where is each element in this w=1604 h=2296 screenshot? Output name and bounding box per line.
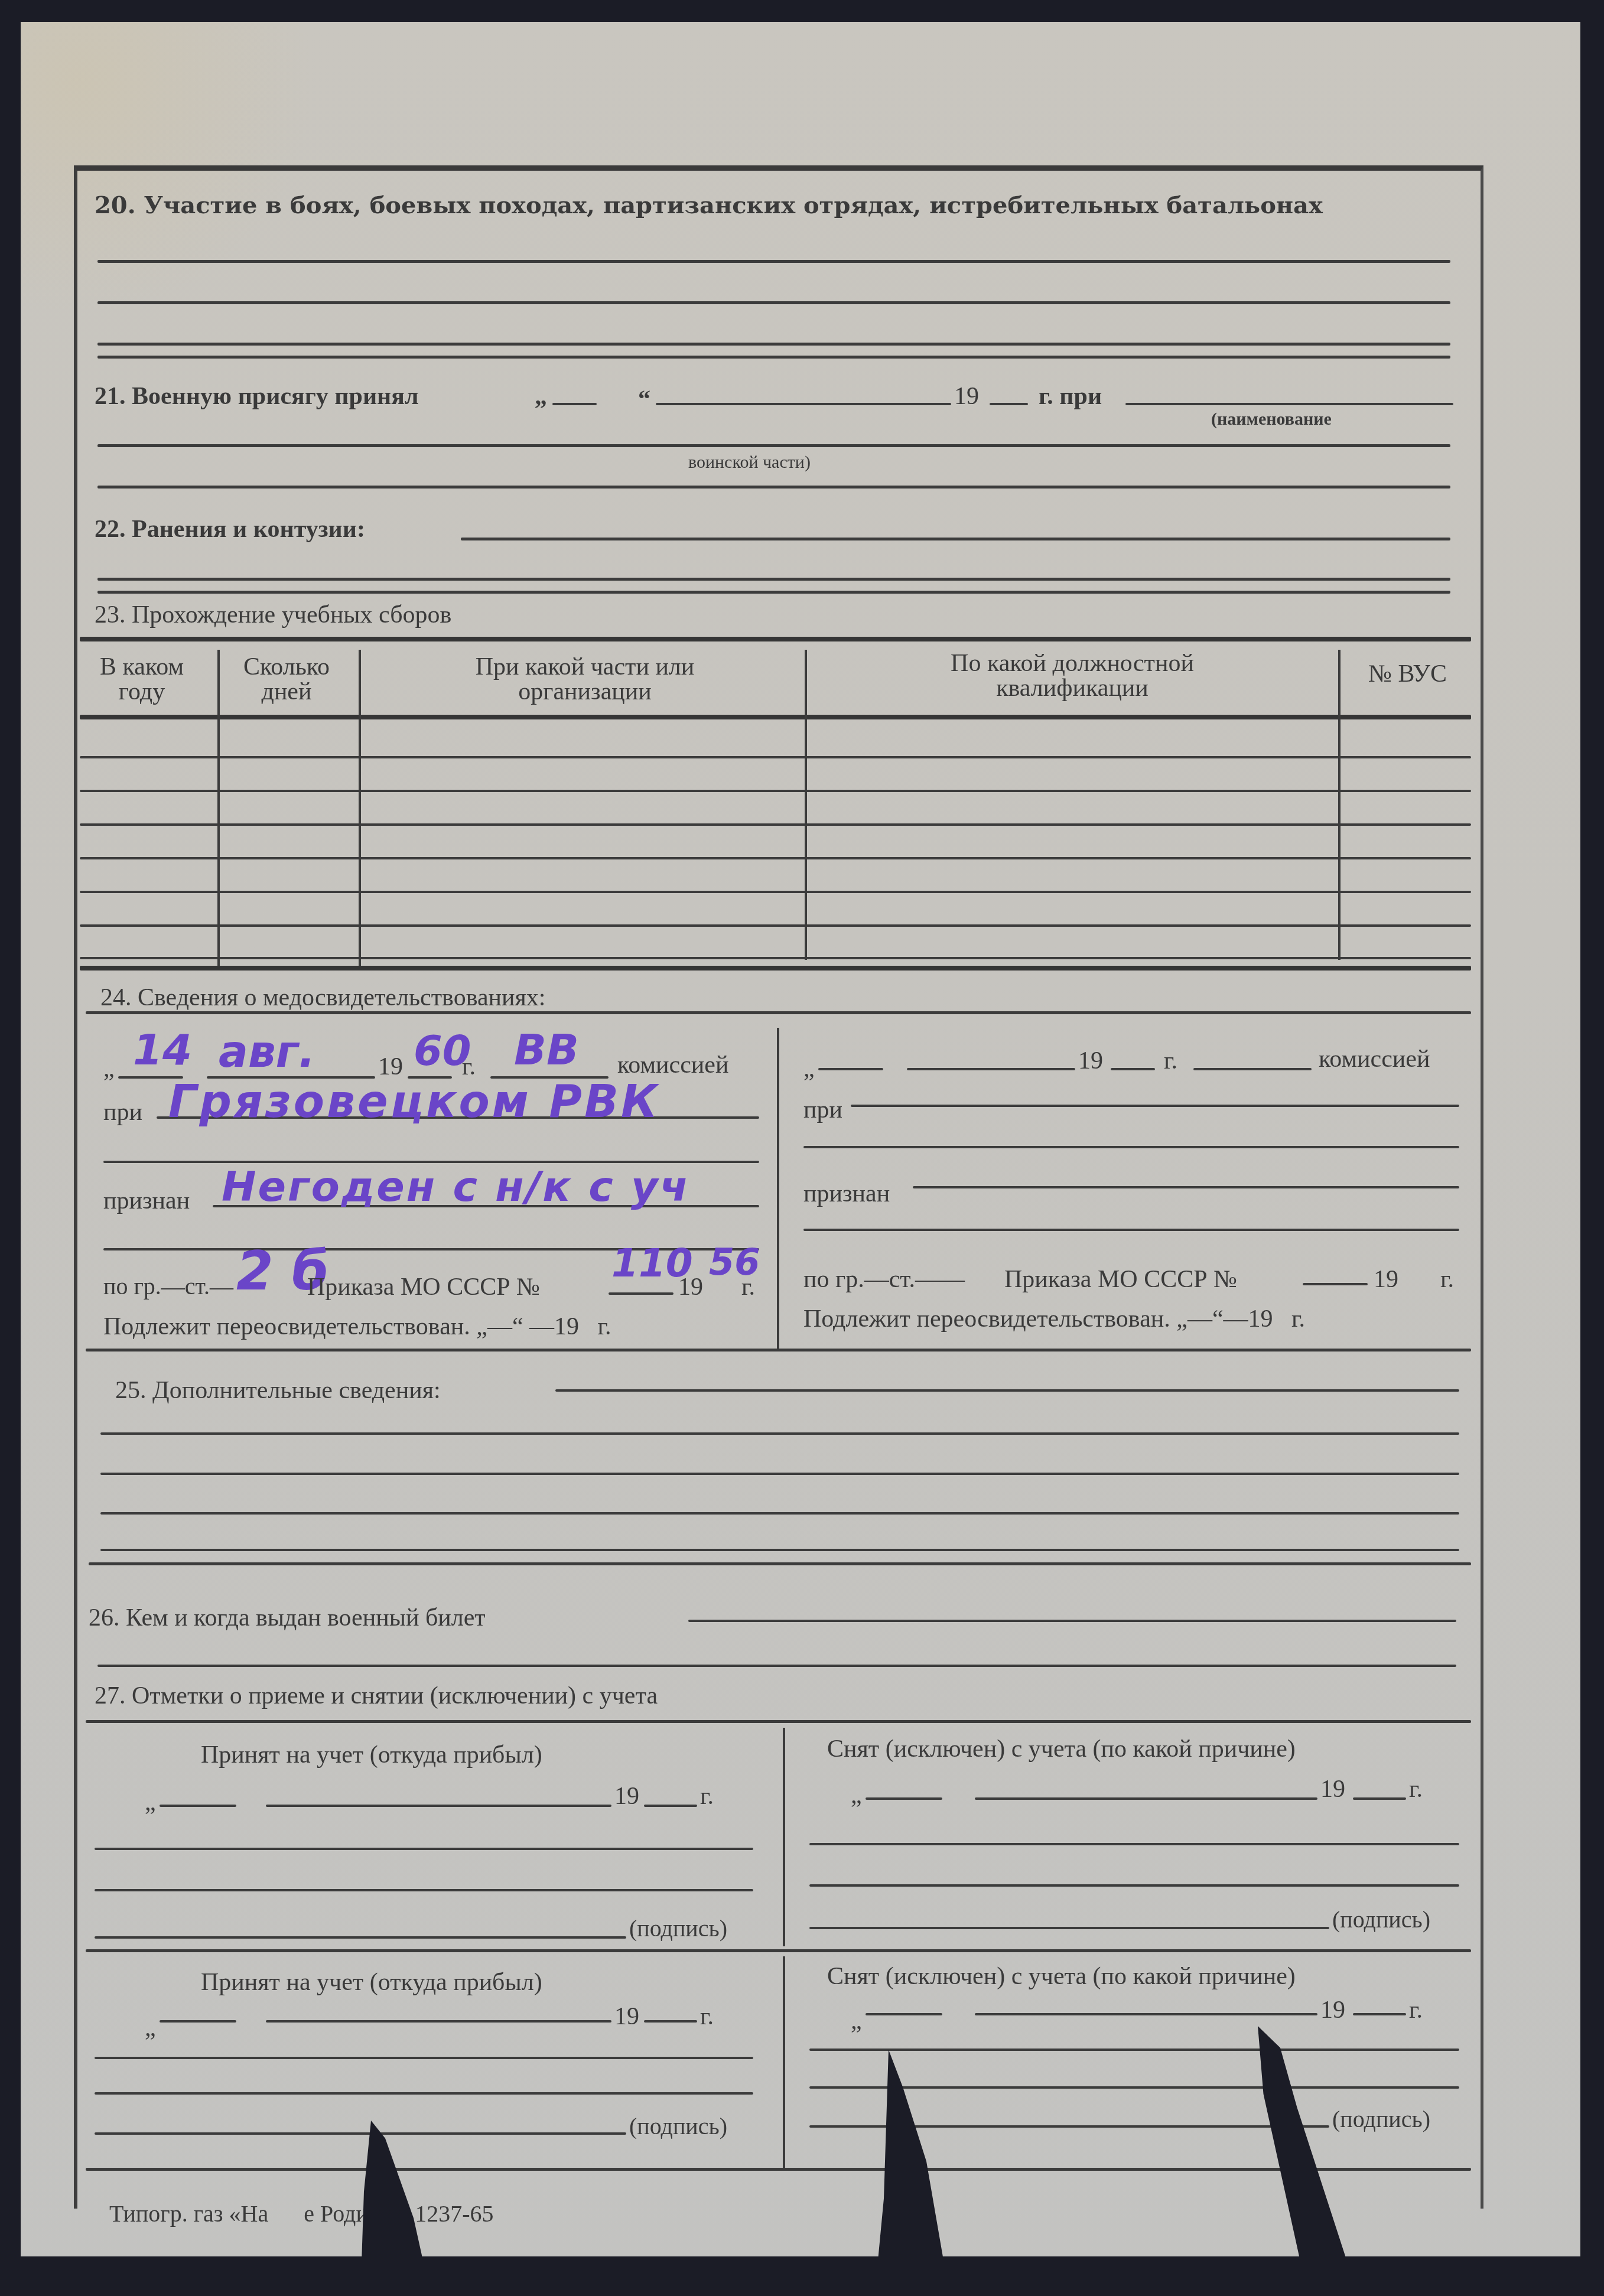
year-field[interactable] — [1353, 1797, 1406, 1800]
order-year-suffix: г. — [741, 1275, 755, 1300]
signature-caption: (подпись) — [1332, 2108, 1430, 2131]
oath-year-suffix: г. при — [1039, 384, 1102, 409]
order-label: Приказа МО СССР № — [307, 1275, 540, 1300]
rule — [803, 1146, 1459, 1148]
month-field[interactable] — [266, 2020, 611, 2023]
divider — [86, 1720, 1471, 1723]
reason-field[interactable] — [809, 2049, 1459, 2051]
order-year-suffix: г. — [1440, 1267, 1454, 1292]
oath-unit-field[interactable] — [1125, 403, 1453, 405]
table-rows[interactable] — [80, 756, 1471, 957]
oath-month-field[interactable] — [656, 403, 951, 405]
year-suffix: г. — [700, 1784, 714, 1809]
section-27-label: 27. Отметки о приеме и снятии (исключени… — [95, 1683, 658, 1708]
order-no-field[interactable] — [1303, 1283, 1368, 1285]
oath-unit-field-2[interactable] — [97, 444, 1450, 447]
quote-close: “ — [638, 387, 650, 412]
quote-open: „ — [851, 1783, 862, 1808]
block-title: Принят на учет (откуда прибыл) — [201, 1743, 542, 1767]
commission-field[interactable] — [1193, 1068, 1312, 1070]
quote-open: „ — [535, 384, 547, 409]
day-field[interactable] — [160, 2020, 236, 2023]
section-20-field[interactable] — [97, 224, 1450, 360]
oath-year-field[interactable] — [990, 403, 1028, 405]
order-label: Приказа МО СССР № — [1004, 1267, 1237, 1292]
day-field[interactable] — [866, 2013, 942, 2015]
order-year-prefix: 19 — [678, 1275, 703, 1300]
quote-open: „ — [103, 1056, 115, 1081]
signature-caption: (подпись) — [629, 1917, 727, 1940]
year-prefix: 19 — [614, 2004, 639, 2029]
day-field[interactable] — [866, 1797, 942, 1800]
section-20-label: 20. Участие в боях, боевых походах, парт… — [95, 194, 1323, 217]
section-23-label: 23. Прохождение учебных сборов — [95, 603, 451, 627]
year-field[interactable] — [644, 2020, 697, 2023]
rule — [803, 1229, 1459, 1231]
divider — [97, 486, 1450, 488]
at-label: при — [103, 1100, 142, 1125]
year-prefix: 19 — [1320, 1998, 1345, 2023]
reason-field[interactable] — [95, 1848, 753, 1850]
commission-label: комиссией — [1319, 1047, 1430, 1072]
year-prefix: 19 — [1078, 1048, 1103, 1073]
reason-field-2[interactable] — [809, 2086, 1459, 2089]
bottom-edge-shadow — [0, 2256, 1604, 2296]
section-25-field[interactable] — [100, 1376, 1459, 1571]
signature-field[interactable] — [95, 1936, 626, 1939]
signature-field[interactable] — [809, 1927, 1329, 1929]
found-field[interactable] — [913, 1186, 1459, 1188]
year-prefix: 19 — [614, 1784, 639, 1809]
quote-open: „ — [803, 1056, 815, 1081]
col-header-year: В какомгоду — [83, 654, 201, 704]
oath-year-prefix: 19 — [954, 384, 979, 409]
at-label: при — [803, 1097, 842, 1122]
divider — [86, 2168, 1471, 2171]
year-suffix: г. — [1409, 1998, 1423, 2023]
at-field[interactable] — [851, 1105, 1459, 1107]
col-header-qualification: По какой должностнойквалификации — [809, 651, 1335, 701]
divider — [86, 1949, 1471, 1952]
table-bottom-rule — [80, 966, 1471, 970]
year-suffix: г. — [700, 2004, 714, 2029]
year-prefix: 19 — [1320, 1777, 1345, 1802]
hw-found[interactable]: Негоден с н/к с уч — [222, 1162, 690, 1211]
article-prefix: по гр.—ст.— — [103, 1275, 233, 1298]
reason-field-2[interactable] — [95, 2092, 753, 2095]
section-26-field[interactable] — [97, 1595, 1456, 1672]
section-21-label: 21. Военную присягу принял — [95, 384, 419, 409]
month-field[interactable] — [975, 2013, 1317, 2015]
divider — [86, 1011, 1471, 1014]
col-header-days: Сколькодней — [219, 654, 354, 704]
hw-commission-type[interactable]: ВВ — [514, 1025, 579, 1074]
hw-at[interactable]: Грязовецком РВК — [168, 1075, 660, 1128]
found-label: признан — [803, 1181, 890, 1206]
caption-voinskoy-chasti: воинской части) — [688, 454, 811, 471]
year-field[interactable] — [1111, 1068, 1155, 1070]
block-title: Снят (исключен) с учета (по какой причин… — [827, 1964, 1296, 1989]
reason-field[interactable] — [95, 2057, 753, 2059]
month-field[interactable] — [266, 1805, 611, 1807]
year-field[interactable] — [644, 1805, 697, 1807]
reason-field-2[interactable] — [95, 1889, 753, 1891]
section-24-divider — [777, 1028, 779, 1350]
year-suffix: г. — [1164, 1048, 1177, 1073]
reason-field-2[interactable] — [809, 1884, 1459, 1887]
day-field[interactable] — [818, 1068, 883, 1070]
month-field[interactable] — [907, 1068, 1075, 1070]
block-title: Снят (исключен) с учета (по какой причин… — [827, 1737, 1296, 1761]
year-suffix: г. — [1409, 1777, 1423, 1802]
hw-day[interactable]: 14 — [133, 1025, 192, 1074]
recheck-label: Подлежит переосвидетельствован. „—“—19 г… — [803, 1307, 1305, 1331]
col-header-vus: № ВУС — [1344, 662, 1471, 686]
recheck-label: Подлежит переосвидетельствован. „—“ —19 … — [103, 1314, 611, 1339]
section-24-label: 24. Сведения о медосвидетельствованиях: — [100, 985, 546, 1010]
quote-open: „ — [145, 1790, 156, 1815]
signature-caption: (подпись) — [629, 2115, 727, 2138]
col-header-unit: При какой части илиорганизации — [366, 654, 803, 704]
found-label: признан — [103, 1188, 190, 1213]
divider — [86, 1349, 1471, 1351]
printer-imprint: Типогр. газ «На е Родины» 1237-65 — [109, 2202, 493, 2226]
table-top-rule — [80, 637, 1471, 641]
section-27-divider-1 — [783, 1728, 785, 1946]
month-field[interactable] — [975, 1797, 1317, 1800]
day-field[interactable] — [160, 1805, 236, 1807]
section-22-field[interactable] — [97, 520, 1450, 608]
signature-caption: (подпись) — [1332, 1908, 1430, 1932]
hw-month[interactable]: авг. — [219, 1027, 315, 1077]
block-title: Принят на учет (откуда прибыл) — [201, 1970, 542, 1995]
reason-field[interactable] — [809, 1843, 1459, 1845]
oath-day-field[interactable] — [552, 403, 597, 405]
signature-field[interactable] — [95, 2132, 626, 2135]
year-field[interactable] — [1353, 2013, 1406, 2015]
quote-open: „ — [851, 2008, 862, 2033]
quote-open: „ — [145, 2015, 156, 2040]
order-year-prefix: 19 — [1374, 1267, 1398, 1292]
article-prefix: по гр.—ст.—— — [803, 1267, 965, 1292]
table-header-rule — [80, 715, 1471, 719]
section-27-divider-2 — [783, 1956, 785, 2169]
caption-naimenovanie: (наименование — [1211, 411, 1332, 428]
commission-label: комиссией — [617, 1053, 728, 1077]
